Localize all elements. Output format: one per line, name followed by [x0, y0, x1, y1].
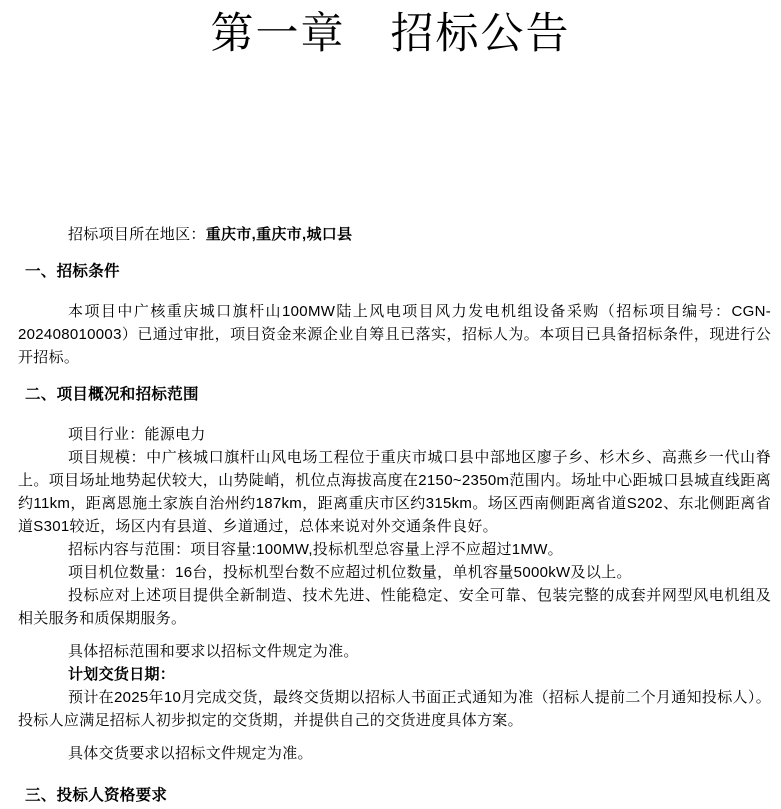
section-heading-bidder-qualification: 三、投标人资格要求: [25, 784, 771, 807]
project-region-value: 重庆市,重庆市,城口县: [206, 226, 353, 243]
section-heading-tender-conditions: 一、招标条件: [25, 260, 771, 283]
paragraph-project-scale: 项目规模：中广核城口旗杆山风电场工程位于重庆市城口县中部地区廖子乡、杉木乡、高燕…: [18, 446, 771, 538]
document-body: 招标项目所在地区：重庆市,重庆市,城口县 一、招标条件 本项目中广核重庆城口旗杆…: [0, 223, 781, 807]
paragraph-turbine-units: 项目机位数量：16台，投标机型台数不应超过机位数量，单机容量5000kW及以上。: [18, 561, 771, 584]
subheading-planned-delivery-date: 计划交货日期：: [18, 663, 771, 686]
paragraph-project-industry: 项目行业：能源电力: [18, 423, 771, 446]
document-page: 第一章 招标公告 招标项目所在地区：重庆市,重庆市,城口县 一、招标条件 本项目…: [0, 0, 781, 809]
project-region-label: 招标项目所在地区：: [68, 226, 206, 243]
paragraph-delivery-schedule: 预计在2025年10月完成交货，最终交货期以招标人书面正式通知为准（招标人提前二…: [18, 686, 771, 732]
paragraph-tender-scope: 招标内容与范围：项目容量:100MW,投标机型总容量上浮不应超过1MW。: [18, 538, 771, 561]
section-heading-project-overview: 二、项目概况和招标范围: [25, 383, 771, 406]
paragraph-supply-requirement: 投标应对上述项目提供全新制造、技术先进、性能稳定、安全可靠、包装完整的成套并网型…: [18, 584, 771, 630]
project-region-line: 招标项目所在地区：重庆市,重庆市,城口县: [18, 223, 771, 246]
paragraph-tender-conditions: 本项目中广核重庆城口旗杆山100MW陆上风电项目风力发电机组设备采购（招标项目编…: [18, 300, 771, 369]
page-title: 第一章 招标公告: [0, 0, 781, 62]
paragraph-delivery-note: 具体交货要求以招标文件规定为准。: [18, 742, 771, 765]
paragraph-scope-note: 具体招标范围和要求以招标文件规定为准。: [18, 640, 771, 663]
